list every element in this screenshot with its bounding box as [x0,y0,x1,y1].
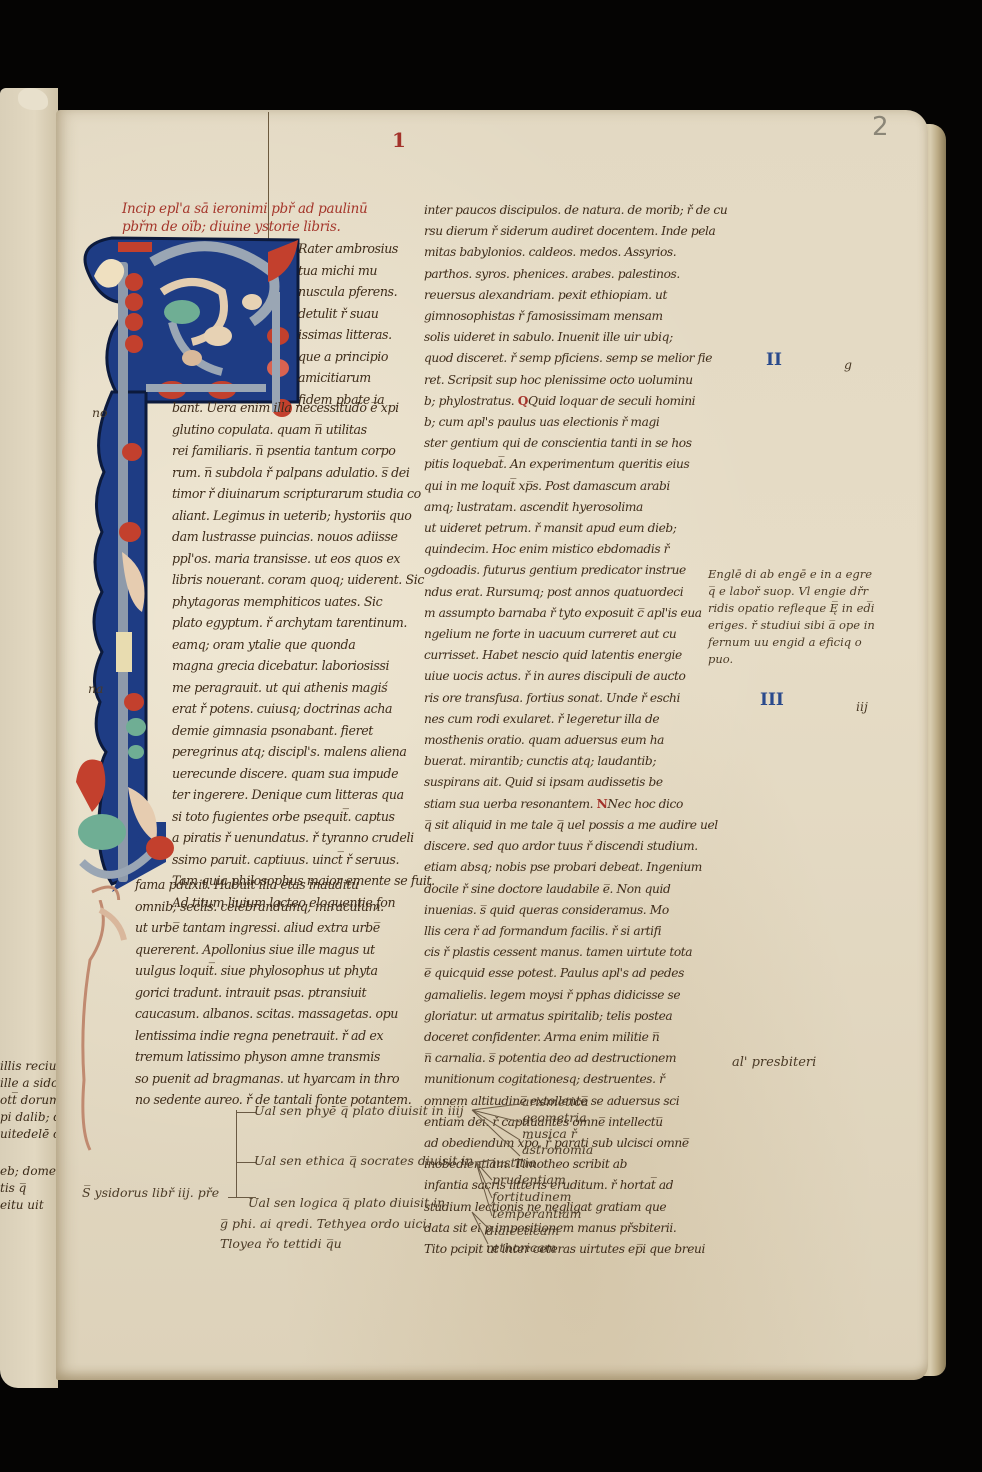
text-line: bant. Uera enim illa necessitudo e̅ xpi [172,397,435,419]
text-line: ris ore transfusa. fortius sonat. Unde ř… [424,688,727,709]
text-line: si toto fugientes orbe psequit̅. captus [172,806,435,828]
text-line: illis reciuidæ [0,1058,56,1075]
text-line: rsu dierum ř siderum audiret docentem. I… [424,221,727,242]
rubric-line: Incip epl'a sā ieronimi pbř ad paulinū [122,200,422,218]
gloss-line: Englē di ab engē e in a egre [708,566,875,583]
text-line: ut uideret petrum. ř mansit apud eum die… [424,518,727,539]
text-line: b; cum apl's paulus uas electionis ř mag… [424,412,727,433]
text-line: rei familiaris. n̅ psentia tantum corpo [172,440,435,462]
text-line: timor ř diuinarum scripturarum studia co [172,483,435,505]
text-line: eb; domest [0,1163,56,1180]
text-column-left-bottom: fama pduxit. Habuit illa etas inauditu o… [135,874,411,1111]
text-line: mosthenis oratio. quam aduersus eum ha [424,730,727,751]
diagram-leaf: arismetica [522,1094,593,1110]
text-line: quererent. Apollonius siue ille magus ut [135,939,411,961]
text-line: demie gimnasia psonabant. fieret [172,720,435,742]
gloss-line: fernum uu engid a eficiq o [708,634,875,651]
gloss-line: eriges. ř studiui sibi a̅ ope in [708,617,875,634]
text-line: suspirans ait. Quid si ipsam audissetis … [424,772,727,793]
text-line: uerecunde discere. quam sua impude [172,763,435,785]
text-line: detulit ř suau [298,303,398,325]
text-line: ille a sidor [0,1075,56,1092]
text-line: plato egyptum. ř archytam tarentinum. [172,612,435,634]
facing-leaf-text: illis reciuidæ ille a sidor ott̅ dorum p… [0,1058,56,1214]
gloss-line: puo. [708,651,875,668]
rubricated-initial-n: N [597,797,608,811]
text-line: eamq; oram ytalie que quonda [172,634,435,656]
text-line: libris nouerant. coram quoq; uiderent. S… [172,569,435,591]
text-fragment: Quid loquar de seculi homini [528,394,695,408]
margin-note-presbiteri: al' presbiteri [732,1054,816,1071]
text-line: glutino copulata. quam n̅ utilitas [172,419,435,441]
penwork-flourish-icon [70,900,130,1160]
text-line: uiue uocis actus. ř in aures discipuli d… [424,666,727,687]
text-line: doceret confidenter. Arma enim militie n… [424,1027,727,1048]
diagram-branch-ethica: Ual sen ethica q̅ socrates diuisit in [254,1152,473,1169]
chapter-numeral: III [760,690,784,710]
diagram-footnote-line: Tloyea řo tettidi q̅u [220,1234,430,1254]
text-line: stiam sua uerba resonantem. NNec hoc dic… [424,794,727,815]
text-line: so puenit ad bragmanas. ut hyarcam in th… [135,1068,411,1090]
text-line: tremum latissimo physon amne transmis [135,1046,411,1068]
text-line: munitionum cogitationesq; destruentes. ř [424,1069,727,1090]
text-line: amicitiarum [298,367,398,389]
margin-note-iij: iij [856,698,868,715]
text-line: ssimo paruit. captiuus. uinct̅ ř seruus. [172,849,435,871]
text-line: n̅ carnalia. s̅ potentia deo ad destruct… [424,1048,727,1069]
diagram-leaves-physica: arismetica geometria musica ř astronomia [522,1094,593,1158]
gloss-line: ridis opatio refleque Ę̅ in ed̅i [708,600,875,617]
text-line: fama pduxit. Habuit illa etas inauditu [135,874,411,896]
margin-note-no: no [92,404,108,421]
text-line: qui in me loquit̅ xp̅s. Post damascum ar… [424,476,727,497]
text-line: m assumpto barnaba ř tyto exposuit c̅ ap… [424,603,727,624]
text-line: eitu uit [0,1197,56,1214]
margin-gloss-right: Englē di ab engē e in a egre q̅ e laboř … [708,566,875,668]
folio-number-rubricated: 1 [392,128,406,152]
text-line: nuscula pferens. [298,281,398,303]
text-line: aliant. Legimus in ueterib; hystoriis qu… [172,505,435,527]
text-line: quod disceret. ř semp pficiens. semp se … [424,348,727,369]
rubric-heading: Incip epl'a sā ieronimi pbř ad paulinū p… [122,200,422,236]
text-fragment: stiam sua uerba resonantem. [424,797,593,811]
diagram-footnote-line: g̅ phi. ai qredi. Tethyea ordo uici. [220,1214,430,1234]
text-line: a piratis ř uenundatus. ř tyranno crudel… [172,827,435,849]
diagram-connector [236,1162,256,1163]
text-line: gloriatur. ut armatus spiritalib; telis … [424,1006,727,1027]
chapter-number-ii: II [766,350,782,370]
chapter-numeral: II [766,350,782,370]
text-line: buerat. mirantib; cunctis atq; laudantib… [424,751,727,772]
folio-number-pencil: 2 [872,112,889,142]
diagram-connector [236,1112,256,1113]
text-line: gimnosophistas ř famosissimam mensam [424,306,727,327]
text-line: llis cera ř ad formandum facilis. ř si a… [424,921,727,942]
text-line: caucasum. albanos. scitas. massagetas. o… [135,1003,411,1025]
text-line: ngelium ne forte in uacuum curreret aut … [424,624,727,645]
text-line: gamalielis. legem moysi ř pphas didiciss… [424,985,727,1006]
gloss-line: q̅ e laboř suop. Vl engie dřr [708,583,875,600]
diagram-bracket [236,1110,237,1198]
text-line: peregrinus atq; discipl's. malens aliena [172,741,435,763]
text-line: Rater ambrosius [298,238,398,260]
text-line: inter paucos discipulos. de natura. de m… [424,200,727,221]
text-line: uulgus loquit̅. siue phylosophus ut phyt… [135,960,411,982]
text-line: me peragrauit. ut qui athenis magiś [172,677,435,699]
text-line: omnib; seclis. celebrandumq; miraculum. [135,896,411,918]
rubricated-initial-q: Q [518,394,528,408]
text-line: pi dalib; diui [0,1109,56,1126]
text-line: magna grecia dicebatur. laboriosissi [172,655,435,677]
margin-note-ysidorus: S̅ ysidorus libř iij. pře [82,1184,219,1201]
text-line: quindecim. Hoc enim mistico ebdomadis ř [424,539,727,560]
text-line: erat ř potens. cuiusq; doctrinas acha [172,698,435,720]
text-line: ret. Scripsit sup hoc plenissime octo uo… [424,370,727,391]
text-line: reuersus alexandriam. pexit ethiopiam. u… [424,285,727,306]
text-line: inuenias. s̅ quid queras consideramus. M… [424,900,727,921]
text-line: ster gentium qui de conscientia tanti in… [424,433,727,454]
text-line: rum. n̅ subdola ř palpans adulatio. s̅ d… [172,462,435,484]
text-fragment: Nec hoc dico [607,797,683,811]
text-line: ndus erat. Rursumq; post annos quatuorde… [424,582,727,603]
text-line: ppl'os. maria transisse. ut eos quos ex [172,548,435,570]
text-line: ott̅ dorum [0,1092,56,1109]
diagram-footnote: g̅ phi. ai qredi. Tethyea ordo uici. Tlo… [220,1214,430,1254]
text-line: ter ingerere. Denique cum litteras qua [172,784,435,806]
diagram-branch-logica: Ual sen logica q̅ plato diuisit in [248,1194,445,1211]
text-line: q̅ sit aliquid in me tale q̅ uel possis … [424,815,727,836]
text-line: solis uideret in sabulo. Inuenit ille ui… [424,327,727,348]
diagram-leaf: musica ř [522,1126,593,1142]
text-line: lentissima indie regna penetrauit. ř ad … [135,1025,411,1047]
text-line: pitis loquebat̅. An experimentum queriti… [424,454,727,475]
text-line: mitas babylonios. caldeos. medos. Assyri… [424,242,727,263]
diagram-branch-physica: Ual sen phyē q̅ plato diuisit in iiij [254,1102,464,1119]
text-line: que a principio [298,346,398,368]
text-line: cis ř plastis cessent manus. tamen uirtu… [424,942,727,963]
text-line: uitedelē on [0,1126,56,1143]
text-line: phytagoras memphiticos uates. Sic [172,591,435,613]
text-line: currisset. Habet nescio quid latentis en… [424,645,727,666]
text-line: b; phylostratus. QQuid loquar de seculi … [424,391,727,412]
diagram-leaf: geometria [522,1110,593,1126]
text-line: ut urbe̅ tantam ingressi. aliud extra ur… [135,917,411,939]
text-line: issimas litteras. [298,324,398,346]
text-line: discere. sed quo ardor tuus ř discendi s… [424,836,727,857]
margin-note-na: na [88,680,104,697]
diagram-branch-lines-icon [470,1100,530,1250]
text-line: docile ř sine doctore laudabile e̅. Non … [424,879,727,900]
text-line: gorici tradunt. intrauit psas. ptransiui… [135,982,411,1004]
text-column-left-middle: bant. Uera enim illa necessitudo e̅ xpi … [172,397,435,913]
text-line: ogdoadis. futurus gentium predicator ins… [424,560,727,581]
chapter-number-iii: III [760,690,784,710]
text-line: e̅ quicquid esse potest. Paulus apl's ad… [424,963,727,984]
text-line: parthos. syros. phenices. arabes. palest… [424,264,727,285]
text-line: tis q̅ [0,1180,56,1197]
text-line: etiam absq; nobis pse probari debeat. In… [424,857,727,878]
text-line: amq; lustratam. ascendit hyerosolima [424,497,727,518]
text-column-left-top: Rater ambrosius tua michi mu nuscula pfe… [298,238,398,410]
text-line: nes cum rodi exularet. ř legeretur illa … [424,709,727,730]
margin-note-g: g [844,356,852,373]
text-line: dam lustrasse puincias. nouos adiisse [172,526,435,548]
text-line: tua michi mu [298,260,398,282]
text-fragment: b; phylostratus. [424,394,514,408]
